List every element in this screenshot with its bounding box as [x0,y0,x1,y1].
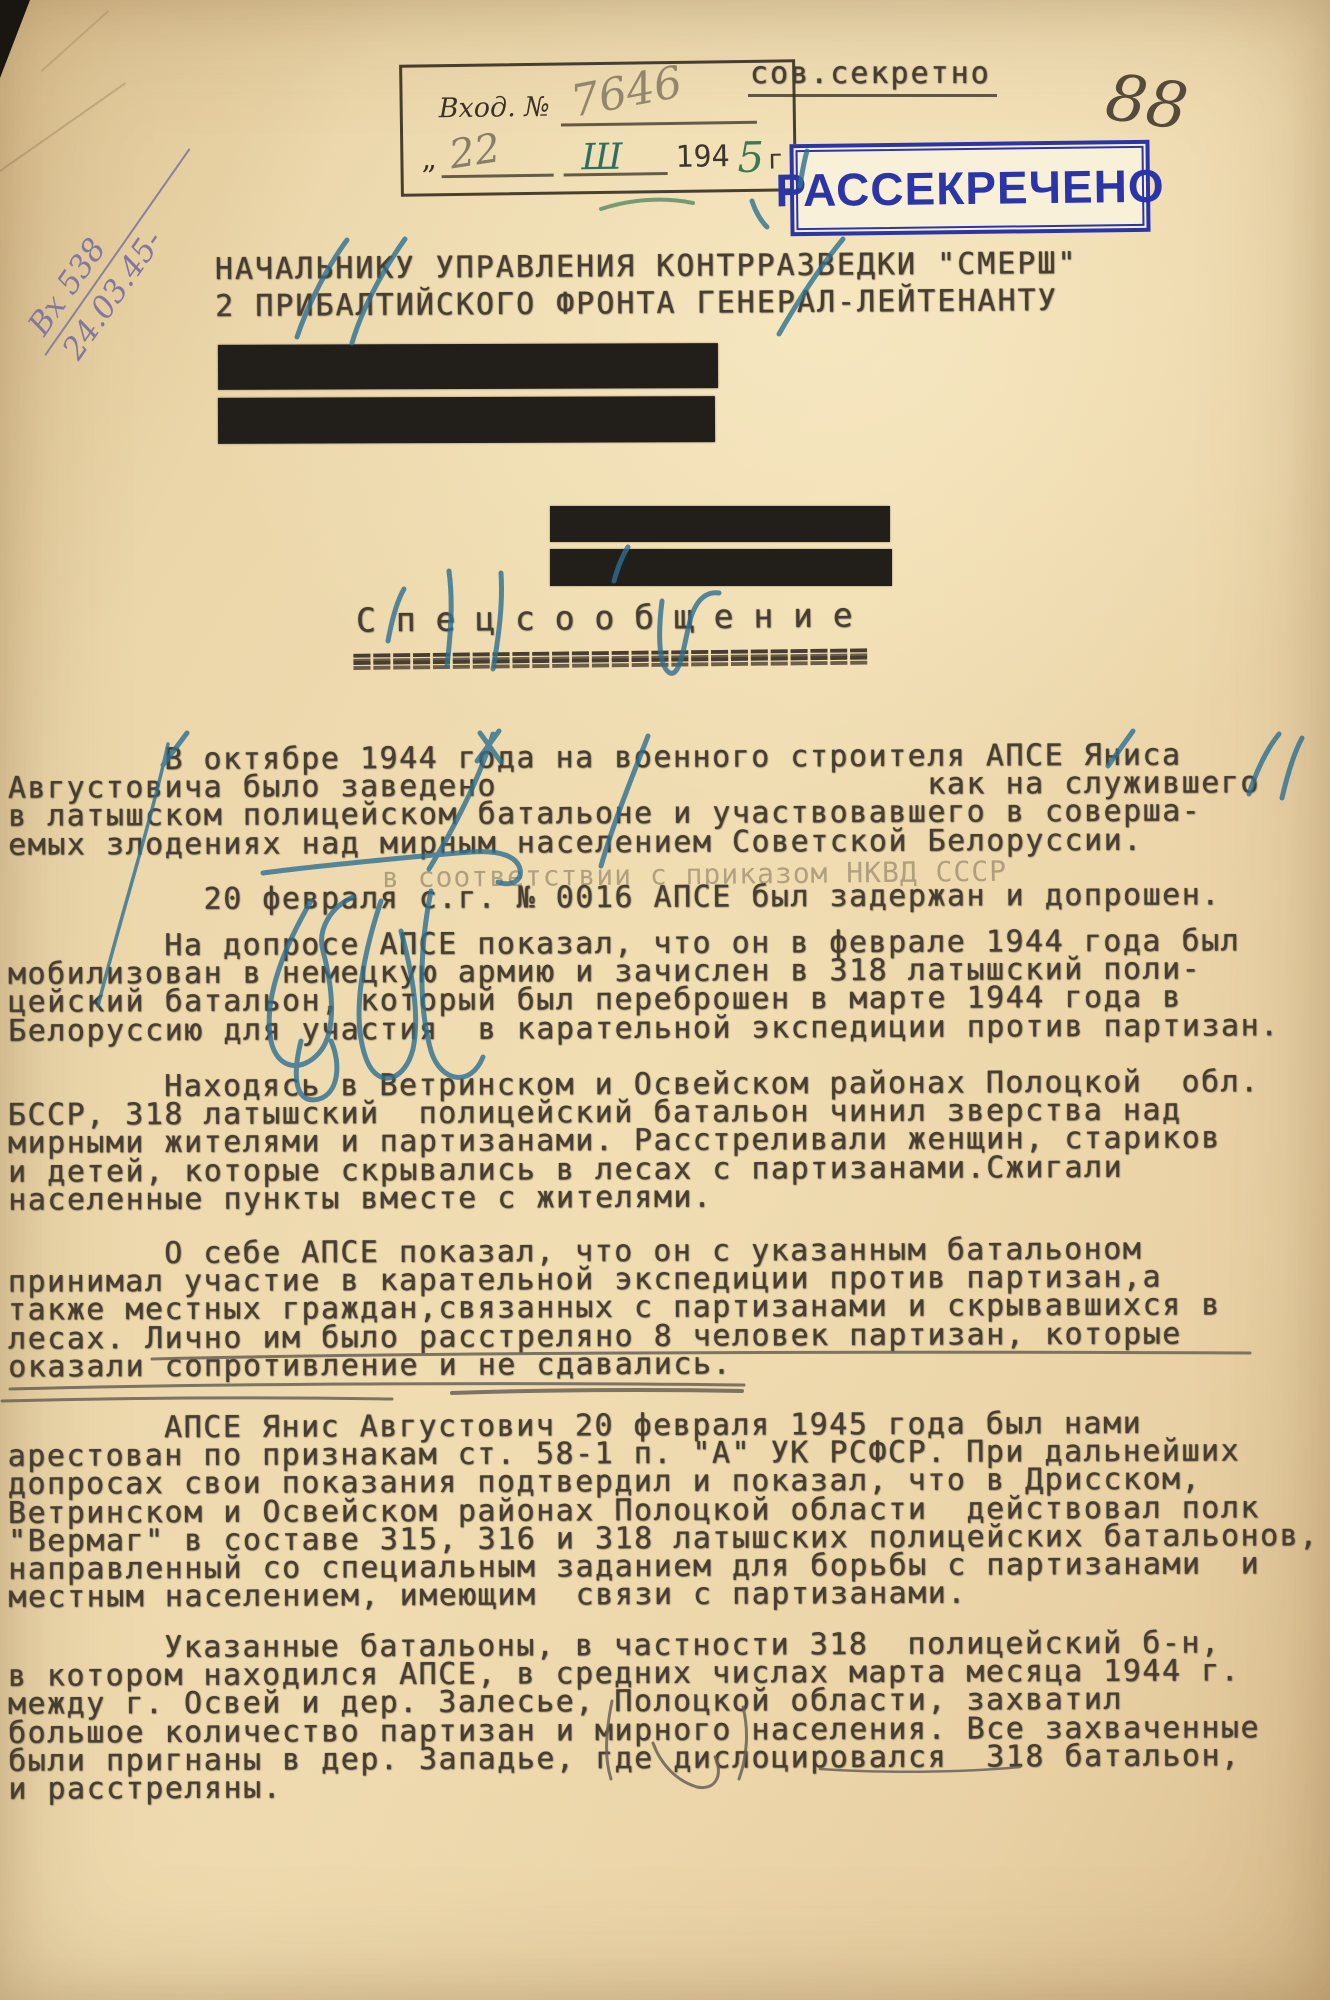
paragraph-3: На допросе АПСЕ показал, что он в феврал… [8,927,1280,1045]
recipient-line2: 2 ПРИБАЛТИЙСКОГО ФРОНТА ГЕНЕРАЛ-ЛЕЙТЕНАН… [215,282,1078,325]
entry-stamp-box: Вход. № 7646 „ 22 Ш 194 5 г. [399,59,797,197]
recipient-line1: НАЧАЛЬНИКУ УПРАВЛЕНИЯ КОНТРРАЗВЕДКИ "СМЕ… [215,245,1078,288]
page-number-handwritten: 88 [1101,61,1192,146]
green-ink-group [601,200,693,209]
redaction-bar [550,506,890,542]
paragraph-1: В октябре 1944 года на военного строител… [8,741,1260,859]
paragraph-7: Указанные батальоны, в частности 318 пол… [8,1629,1261,1804]
entry-stamp-number-handwritten: 7646 [567,57,687,128]
body-line: 20 февраля с.г. № 0016 АПСЕ был задержан… [8,881,1221,914]
classification-label: сов.секретно [748,56,997,97]
body-line: населенные пункты вместе с жителями. [8,1181,1260,1215]
pen-stroke [1282,738,1302,798]
entry-stamp-label: Вход. № [438,92,550,125]
declassified-stamp: РАССЕКРЕЧЕНО [789,140,1150,236]
redaction-bar [550,549,892,586]
paper-crease [41,10,109,72]
recipient-header: НАЧАЛЬНИКУ УПРАВЛЕНИЯ КОНТРРАЗВЕДКИ "СМЕ… [215,245,1078,325]
body-line: местным населением, имеющим связи с парт… [8,1578,1319,1612]
paragraph-4: Находясь в Ветринском и Освейском района… [8,1068,1261,1214]
entry-stamp-underline [442,174,554,179]
paper-crease [0,82,126,175]
body-line: емых злодениях над мирным населением Сов… [8,826,1260,860]
margin-note: Вх 538 24.03.45- [22,127,221,366]
document-title: С п е ц с о о б щ е н и е [356,595,853,639]
entry-stamp-year-printed: 194 [675,139,730,175]
green-ink-stroke [601,200,693,209]
margin-note-slash [44,148,190,356]
declassified-stamp-label: РАССЕКРЕЧЕНО [775,159,1165,218]
redaction-bar [218,343,718,390]
body-line: оказали сопротивление и не сдавались. [8,1348,1221,1381]
pen-stroke [752,201,767,227]
entry-stamp-year-handwritten: 5 [737,133,764,182]
paragraph-5: О себе АПСЕ показал, что он с указанным … [8,1235,1221,1381]
document-page: Вход. № 7646 „ 22 Ш 194 5 г. сов.секретн… [0,0,1330,2000]
body-line: Белоруссию для участия в карательной экс… [8,1012,1280,1046]
pencil-underline [452,1390,742,1393]
pencil-underline [10,1384,744,1389]
entry-stamp-day-handwritten: 22 [446,125,503,178]
paragraph-2: 20 февраля с.г. № 0016 АПСЕ был задержан… [8,881,1221,914]
document-title-underline: ========================== [352,633,869,677]
paragraph-6: АПСЕ Янис Августович 20 февраля 1945 год… [8,1409,1319,1612]
scan-corner-shadow [0,0,30,78]
entry-stamp-day-quote: „ [421,141,437,176]
pencil-underline [2,1398,392,1401]
redaction-bar [218,396,715,444]
